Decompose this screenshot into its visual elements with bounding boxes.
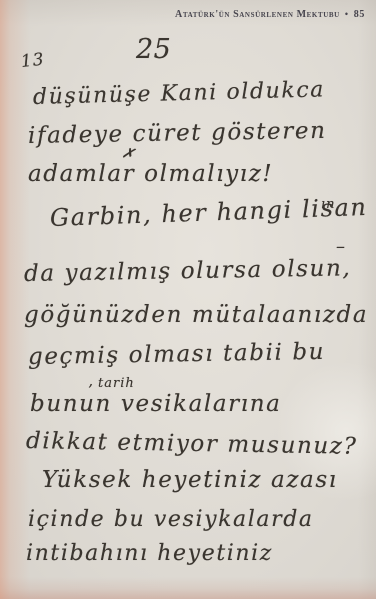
manuscript-line: geçmiş olması tabii bu	[28, 339, 326, 370]
manuscript-line: ifadeye cüret gösteren	[28, 118, 327, 149]
manuscript-line: dikkat etmiyor musunuz?	[26, 428, 358, 460]
handwritten-margin-number: 13	[20, 50, 46, 72]
running-header: Atatürk'ün Sansürlenen Mektubu • 85	[175, 9, 365, 20]
inserted-word: tarih	[98, 376, 135, 391]
manuscript-line: adamlar olmalıyız!	[28, 161, 273, 187]
manuscript-line: da yazılmış olursa olsun,	[24, 255, 352, 287]
running-header-title: Atatürk'ün Sansürlenen Mektubu	[175, 9, 340, 20]
manuscript-line: Yüksek heyetiniz azası	[42, 467, 338, 493]
superscript-suffix: ın	[321, 197, 336, 212]
dash-mark: –	[336, 236, 347, 257]
manuscript-line: intibahını heyetiniz	[26, 541, 273, 566]
manuscript-line: içinde bu vesiykalarda	[28, 507, 314, 532]
scanned-book-page: Atatürk'ün Sansürlenen Mektubu • 85 13 2…	[0, 0, 376, 599]
manuscript-line: bunun vesikalarına	[30, 391, 281, 417]
manuscript-line: düşünüşe Kani oldukca	[33, 77, 326, 110]
manuscript-line: göğünüzden mütalaanızda	[24, 302, 368, 328]
handwritten-top-number: 25	[136, 34, 171, 65]
running-header-separator: •	[343, 9, 351, 19]
page-number: 85	[354, 9, 365, 20]
